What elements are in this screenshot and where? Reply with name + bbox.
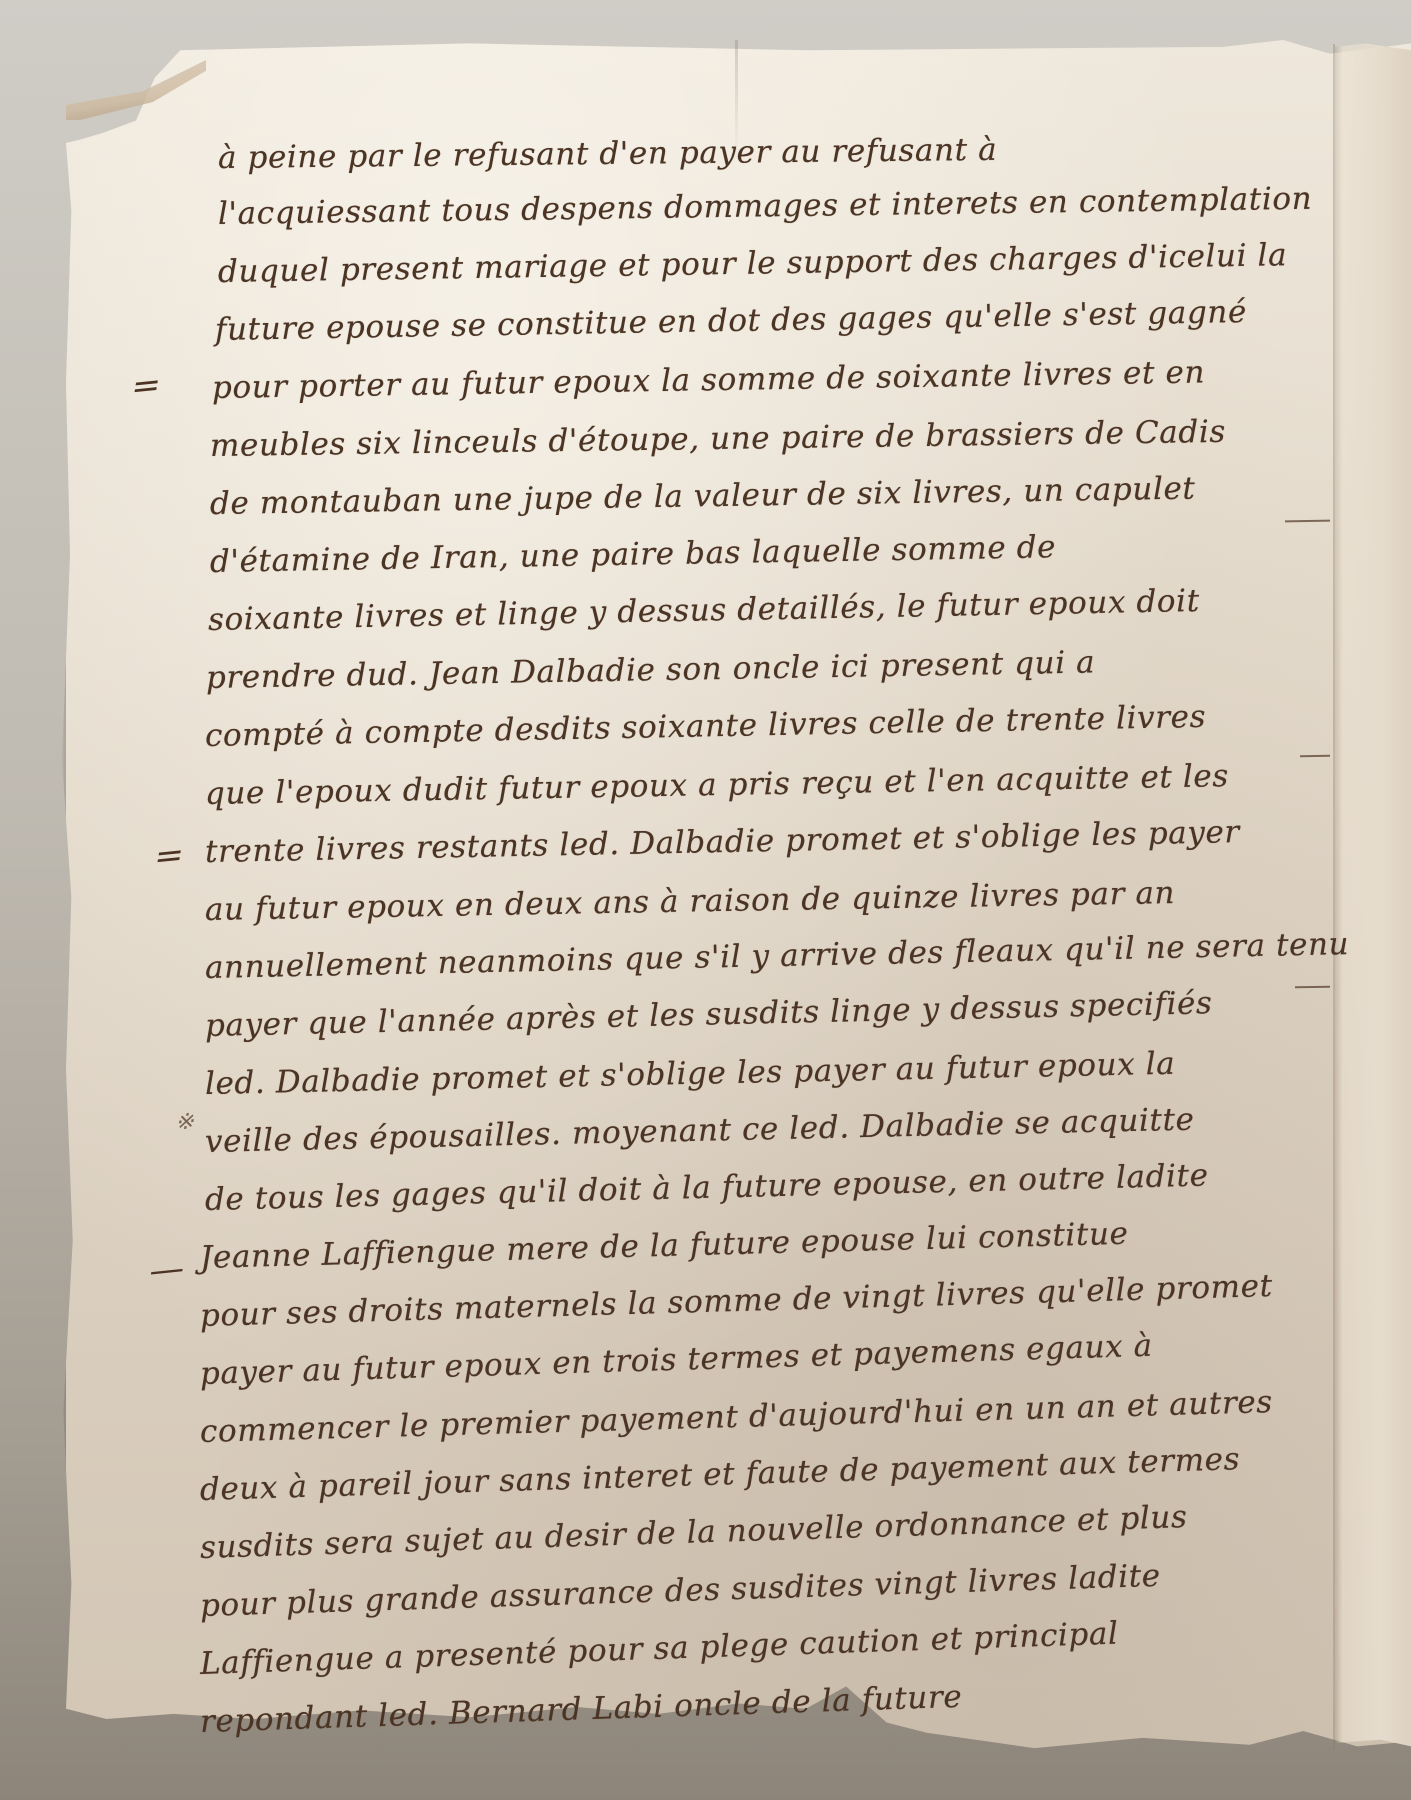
text-line: pour porter au futur epoux la somme de s… — [212, 354, 1206, 406]
text-line: soixante livres et linge y dessus detail… — [208, 583, 1200, 638]
text-line: annuellement neanmoins que s'il y arrive… — [205, 926, 1350, 986]
text-line: au futur epoux en deux ans à raison de q… — [205, 875, 1176, 928]
text-line: payer au futur epoux en trois termes et … — [199, 1328, 1153, 1392]
text-line: pour ses droits maternels la somme de vi… — [199, 1268, 1273, 1334]
text-line: pour plus grande assurance des susdites … — [199, 1558, 1161, 1624]
handwritten-text: à peine par le refusant d'en payer au re… — [0, 0, 1411, 1800]
text-line: trente livres restants led. Dalbadie pro… — [205, 814, 1240, 870]
text-line: l'acquiessant tous despens dommages et i… — [218, 181, 1313, 232]
text-line: que l'epoux dudit futur epoux a pris reç… — [205, 758, 1229, 812]
margin-mark-dash: — — [146, 1248, 187, 1291]
text-line: susdits sera sujet au desir de la nouvel… — [199, 1499, 1188, 1566]
text-line: prendre dud. Jean Dalbadie son oncle ici… — [206, 644, 1096, 696]
text-line: de tous les gages qu'il doit à la future… — [205, 1157, 1209, 1218]
text-line: future epouse se constitue en dot des ga… — [215, 294, 1247, 348]
text-line: Laffiengue a presenté pour sa plege caut… — [199, 1616, 1119, 1682]
text-line: commencer le premier payement d'aujourd'… — [199, 1384, 1273, 1450]
text-line: compté à compte desdits soixante livres … — [205, 699, 1207, 754]
text-line: led. Dalbadie promet et s'oblige les pay… — [205, 1046, 1176, 1102]
text-line: duquel present mariage et pour le suppor… — [218, 237, 1288, 290]
manuscript-photo: à peine par le refusant d'en payer au re… — [0, 0, 1411, 1800]
text-line: à peine par le refusant d'en payer au re… — [218, 132, 998, 176]
text-line: repondant led. Bernard Labi oncle de la … — [199, 1679, 962, 1740]
text-line: deux à pareil jour sans interet et faute… — [199, 1441, 1240, 1508]
text-line: meubles six linceuls d'étoupe, une paire… — [210, 414, 1226, 464]
text-line: veille des épousailles. moyenant ce led.… — [205, 1102, 1195, 1160]
text-line: Jeanne Laffiengue mere de la future epou… — [200, 1216, 1129, 1276]
text-line: d'étamine de Iran, une paire bas laquell… — [210, 529, 1057, 580]
text-line: de montauban une jupe de la valeur de si… — [210, 471, 1196, 522]
text-line: payer que l'année après et les susdits l… — [205, 985, 1213, 1044]
